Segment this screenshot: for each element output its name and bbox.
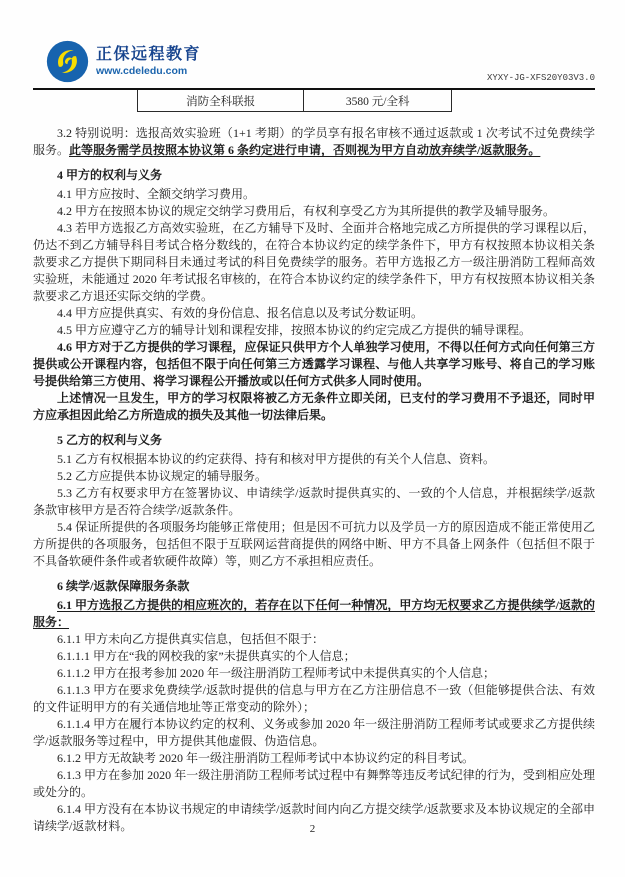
text-run: 6.1.1.4 甲方在履行本协议约定的权利、义务或参加 2020 年一级注册消防… xyxy=(33,717,595,748)
text-run: 4.6 甲方对于乙方提供的学习课程，应保证只供甲方个人单独学习使用，不得以任何方… xyxy=(33,340,595,388)
brand-url: www.cdeledu.com xyxy=(96,66,201,77)
text-run: 6.1.2 甲方无故缺考 2020 年一级注册消防工程师考试中本协议约定的科目考… xyxy=(57,751,474,765)
text-run: 6 续学/返款保障服务条款 xyxy=(57,579,189,593)
text-run: 4 甲方的权利与义务 xyxy=(57,168,162,182)
text-run: 6.1.1.2 甲方在报考参加 2020 年一级注册消防工程师考试中未提供真实的… xyxy=(57,666,495,680)
clause-paragraph: 5.2 乙方应提供本协议规定的辅导服务。 xyxy=(33,468,595,485)
text-run: 6.1 甲方选报乙方提供的相应班次的，若存在以下任何一种情况，甲方均无权要求乙方… xyxy=(33,598,595,629)
text-run: 4.1 甲方应按时、全额交纳学习费用。 xyxy=(57,187,255,201)
clause-paragraph: 5.3 乙方有权要求甲方在签署协议、申请续学/返款时提供真实的、一致的个人信息，… xyxy=(33,485,595,519)
clause-paragraph: 6.1.2 甲方无故缺考 2020 年一级注册消防工程师考试中本协议约定的科目考… xyxy=(33,750,595,767)
price-table-row: 消防全科联报 3580 元/全科 xyxy=(138,90,452,112)
clause-paragraph: 6.1 甲方选报乙方提供的相应班次的，若存在以下任何一种情况，甲方均无权要求乙方… xyxy=(33,597,595,631)
clause-paragraph: 4.6 甲方对于乙方提供的学习课程，应保证只供甲方个人单独学习使用，不得以任何方… xyxy=(33,339,595,390)
clause-paragraph: 6.1.1 甲方未向乙方提供真实信息，包括但不限于： xyxy=(33,631,595,648)
cdel-logo-icon xyxy=(46,40,89,83)
section-heading: 5 乙方的权利与义务 xyxy=(33,432,595,449)
section-heading: 4 甲方的权利与义务 xyxy=(33,167,595,184)
brand-text: 正保远程教育 www.cdeledu.com xyxy=(96,47,201,77)
clause-paragraph: 5.4 保证所提供的各项服务均能够正常使用；但是因不可抗力以及学员一方的原因造成… xyxy=(33,519,595,570)
clause-paragraph: 4.2 甲方在按照本协议的规定交纳学习费用后，有权利享受乙方为其所提供的教学及辅… xyxy=(33,203,595,220)
price-table-course-cell: 消防全科联报 xyxy=(138,90,304,112)
text-run: 4.3 若甲方选报乙方高效实验班，在乙方辅导下及时、全面并合格地完成乙方所提供的… xyxy=(33,221,595,303)
text-run: 5.2 乙方应提供本协议规定的辅导服务。 xyxy=(57,469,267,483)
text-run: 6.1.1.1 甲方在“我的网校我的家”未提供真实的个人信息； xyxy=(57,649,356,663)
brand-title: 正保远程教育 xyxy=(96,47,201,63)
page-number: 2 xyxy=(310,823,316,835)
text-run: 上述情况一旦发生，甲方的学习权限将被乙方无条件立即关闭，已支付的学习费用不予退还… xyxy=(33,391,595,422)
clause-paragraph: 6.1.1.3 甲方在要求免费续学/返款时提供的信息与甲方在乙方注册信息不一致（… xyxy=(33,682,595,716)
text-run: 此等服务需学员按照本协议第 6 条约定进行申请，否则视为甲方自动放弃续学/返款服… xyxy=(69,143,540,157)
text-run: 5.4 保证所提供的各项服务均能够正常使用；但是因不可抗力以及学员一方的原因造成… xyxy=(33,520,595,568)
text-run: 5.3 乙方有权要求甲方在签署协议、申请续学/返款时提供真实的、一致的个人信息，… xyxy=(33,486,595,517)
page-footer: 2 xyxy=(0,823,625,835)
text-run: 6.1.1.3 甲方在要求免费续学/返款时提供的信息与甲方在乙方注册信息不一致（… xyxy=(33,683,595,714)
text-run: 4.2 甲方在按照本协议的规定交纳学习费用后，有权利享受乙方为其所提供的教学及辅… xyxy=(57,204,555,218)
clause-paragraph: 3.2 特别说明：选报高效实验班（1+1 考期）的学员享有报名审核不通过返款或 … xyxy=(33,125,595,159)
text-run: 5.1 乙方有权根据本协议的约定获得、持有和核对甲方提供的有关个人信息、资料。 xyxy=(57,452,495,466)
brand: 正保远程教育 www.cdeledu.com xyxy=(46,40,201,83)
clause-paragraph: 4.4 甲方应提供真实、有效的身份信息、报名信息以及考试分数证明。 xyxy=(33,305,595,322)
clause-paragraph: 上述情况一旦发生，甲方的学习权限将被乙方无条件立即关闭，已支付的学习费用不予退还… xyxy=(33,390,595,424)
clause-paragraph: 6.1.1.1 甲方在“我的网校我的家”未提供真实的个人信息； xyxy=(33,648,595,665)
text-run: 5 乙方的权利与义务 xyxy=(57,433,162,447)
document-page: 正保远程教育 www.cdeledu.com XYXY-JG-XFS20Y03V… xyxy=(0,0,625,877)
text-run: 4.5 甲方应遵守乙方的辅导计划和课程安排，按照本协议的约定完成乙方提供的辅导课… xyxy=(57,323,531,337)
clause-paragraph: 5.1 乙方有权根据本协议的约定获得、持有和核对甲方提供的有关个人信息、资料。 xyxy=(33,451,595,468)
text-run: 4.4 甲方应提供真实、有效的身份信息、报名信息以及考试分数证明。 xyxy=(57,306,423,320)
document-body: 3.2 特别说明：选报高效实验班（1+1 考期）的学员享有报名审核不通过返款或 … xyxy=(33,125,595,835)
clause-paragraph: 6.1.1.4 甲方在履行本协议约定的权利、义务或参加 2020 年一级注册消防… xyxy=(33,716,595,750)
clause-paragraph: 6.1.3 甲方在参加 2020 年一级注册消防工程师考试过程中有舞弊等违反考试… xyxy=(33,767,595,801)
clause-paragraph: 4.5 甲方应遵守乙方的辅导计划和课程安排，按照本协议的约定完成乙方提供的辅导课… xyxy=(33,322,595,339)
clause-paragraph: 6.1.1.2 甲方在报考参加 2020 年一级注册消防工程师考试中未提供真实的… xyxy=(33,665,595,682)
page-header: 正保远程教育 www.cdeledu.com XYXY-JG-XFS20Y03V… xyxy=(33,0,595,90)
text-run: 6.1.3 甲方在参加 2020 年一级注册消防工程师考试过程中有舞弊等违反考试… xyxy=(33,768,595,799)
clause-paragraph: 4.3 若甲方选报乙方高效实验班，在乙方辅导下及时、全面并合格地完成乙方所提供的… xyxy=(33,220,595,305)
doc-code: XYXY-JG-XFS20Y03V3.0 xyxy=(487,73,595,83)
text-run: 6.1.1 甲方未向乙方提供真实信息，包括但不限于： xyxy=(57,632,324,646)
clause-paragraph: 4.1 甲方应按时、全额交纳学习费用。 xyxy=(33,186,595,203)
section-heading: 6 续学/返款保障服务条款 xyxy=(33,578,595,595)
price-table: 消防全科联报 3580 元/全科 xyxy=(137,89,452,112)
price-table-price-cell: 3580 元/全科 xyxy=(304,90,452,112)
